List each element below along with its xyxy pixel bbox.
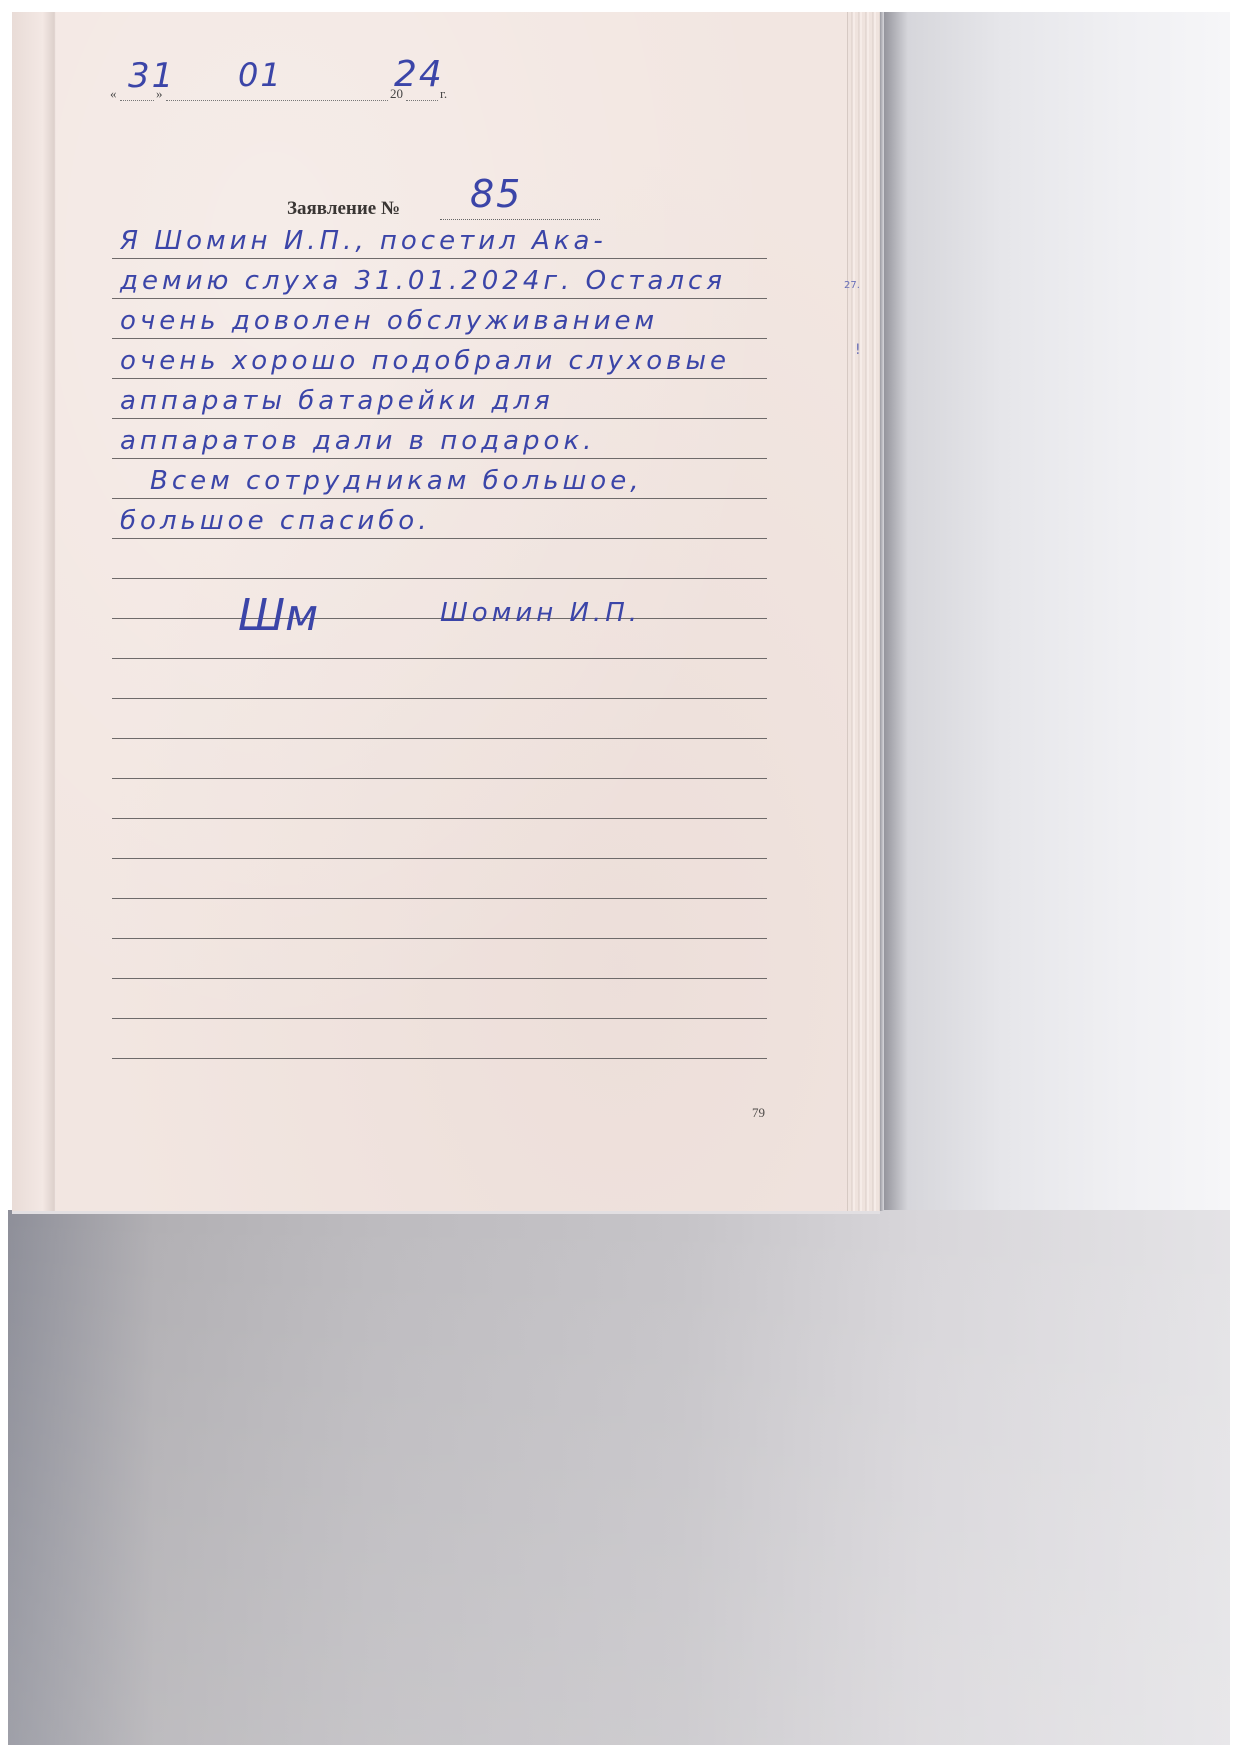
- day-underline: [120, 100, 154, 101]
- page-number: 79: [752, 1105, 765, 1121]
- margin-mark: !: [855, 342, 861, 358]
- ruled-line: [112, 658, 767, 659]
- signature-scribble: Шм: [238, 590, 318, 641]
- handwritten-line: очень хорошо подобрали слуховые: [120, 346, 730, 376]
- handwritten-line: очень доволен обслуживанием: [120, 306, 658, 336]
- year-underline: [406, 100, 438, 101]
- handwritten-day: 31: [128, 56, 175, 96]
- ruled-line: [112, 418, 767, 419]
- title-underline: [440, 219, 600, 220]
- ruled-line: [112, 578, 767, 579]
- ruled-line: [112, 458, 767, 459]
- month-underline: [166, 100, 388, 101]
- handwritten-line: аппараты батарейки для: [120, 386, 554, 416]
- open-quote: «: [110, 86, 117, 102]
- signature-name: Шомин И.П.: [440, 598, 641, 628]
- ruled-line: [112, 978, 767, 979]
- ruled-line: [112, 1018, 767, 1019]
- ruled-line: [112, 498, 767, 499]
- ruled-line: [112, 738, 767, 739]
- ruled-line: [112, 378, 767, 379]
- ruled-line: [112, 898, 767, 899]
- ruled-line: [112, 858, 767, 859]
- margin-mark: 27.: [844, 280, 860, 291]
- ruled-line: [112, 698, 767, 699]
- handwritten-line: Всем сотрудникам большое,: [150, 466, 642, 496]
- form-title: Заявление №: [287, 198, 400, 220]
- handwritten-line: большое спасибо.: [120, 506, 430, 536]
- ruled-line: [112, 778, 767, 779]
- page-bottom-edge: [12, 1211, 880, 1214]
- handwritten-line: Я Шомин И.П., посетил Ака-: [120, 226, 607, 256]
- scanner-background-right: [880, 12, 1230, 1212]
- ruled-line: [112, 818, 767, 819]
- handwritten-month: 01: [238, 56, 283, 94]
- ruled-line: [112, 258, 767, 259]
- handwritten-line: аппаратов дали в подарок.: [120, 426, 595, 456]
- handwritten-form-number: 85: [470, 172, 522, 216]
- handwritten-year: 24: [394, 54, 444, 95]
- page-stack-edges: [847, 12, 880, 1211]
- handwritten-line: демию слуха 31.01.2024г. Остался: [120, 266, 726, 296]
- ruled-line: [112, 938, 767, 939]
- ruled-line: [112, 1058, 767, 1059]
- ruled-line: [112, 298, 767, 299]
- scanner-background-bottom: [8, 1210, 1230, 1745]
- ruled-line: [112, 338, 767, 339]
- page-gutter: [12, 12, 56, 1211]
- ruled-line: [112, 538, 767, 539]
